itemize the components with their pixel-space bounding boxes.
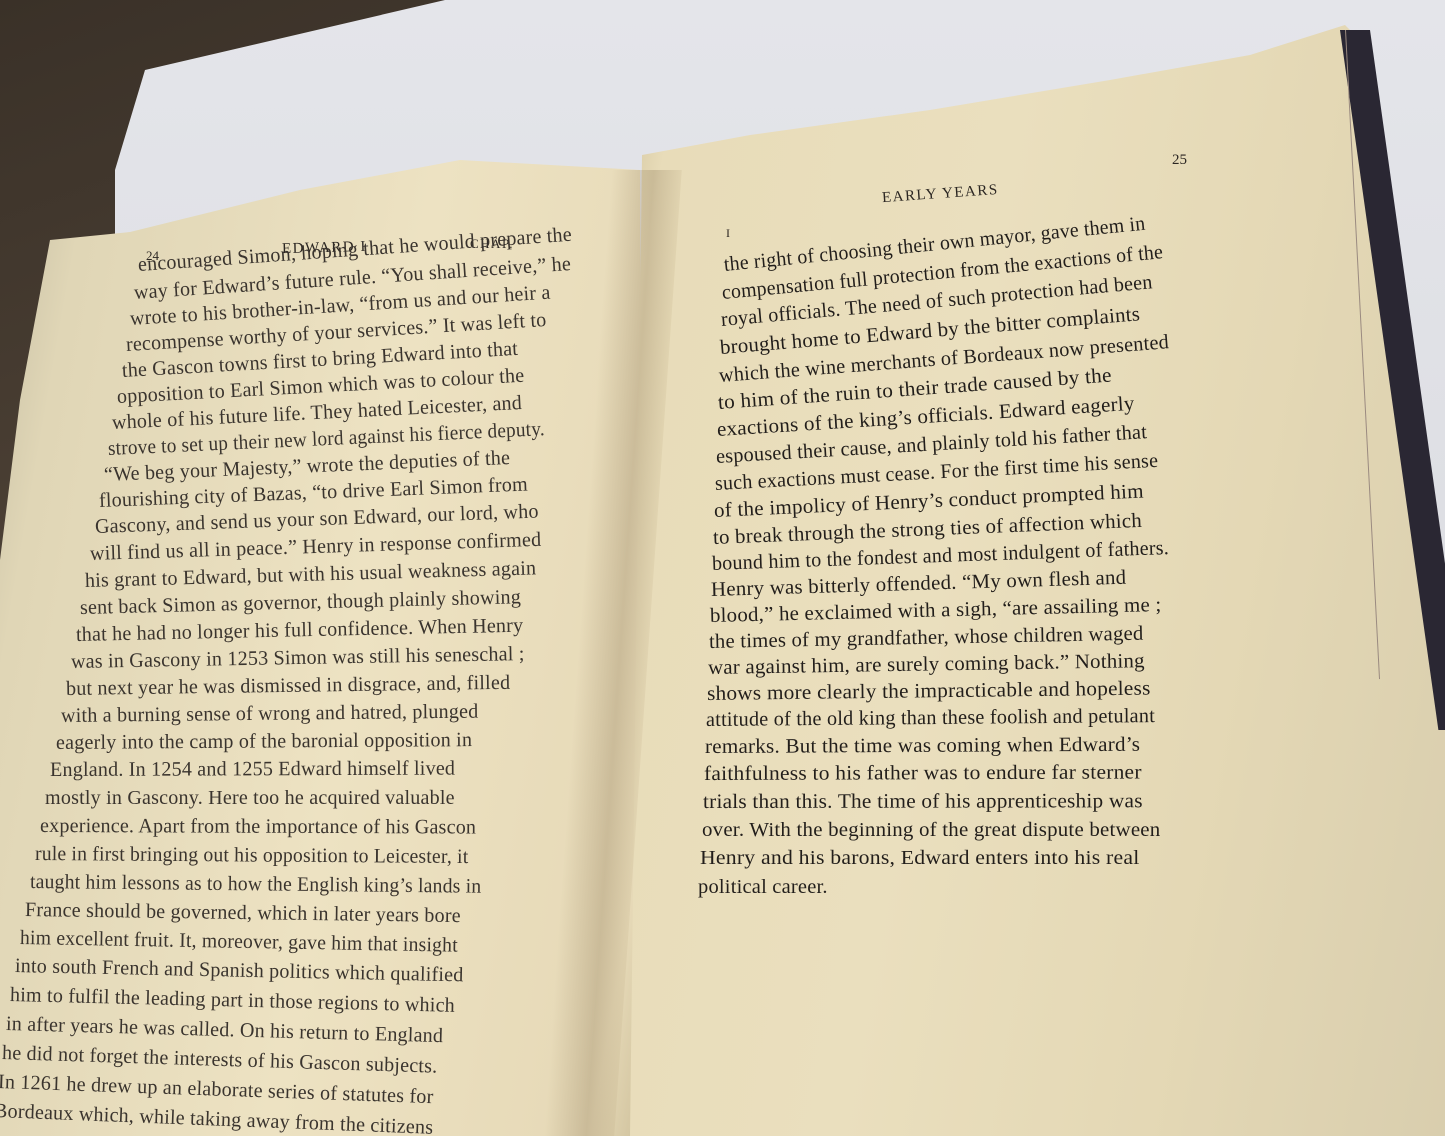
right-page-number: 25 [1172, 152, 1187, 169]
right-chapter-label: I [726, 226, 732, 241]
left-line: him to fulfil the leading part in those … [10, 984, 456, 1018]
right-line: shows more clearly the impracticable and… [707, 678, 1151, 706]
right-line: remarks. But the time was coming when Ed… [705, 734, 1140, 759]
left-line: but next year he was dismissed in disgra… [66, 672, 511, 701]
right-page-text: 25 EARLY YEARS I the right of choosing t… [640, 0, 1445, 1136]
left-page-text: EDWARD I CHAP. 24 encouraged Simon, hopi… [0, 0, 645, 1136]
right-line: Henry and his barons, Edward enters into… [700, 847, 1139, 870]
left-line: rule in first bringing out his oppositio… [35, 843, 469, 869]
right-line: over. With the beginning of the great di… [702, 819, 1160, 842]
right-line: attitude of the old king than these fool… [706, 705, 1155, 732]
right-line: faithfulness to his father was to endure… [704, 761, 1142, 786]
left-line: that he had no longer his full confidenc… [76, 615, 524, 647]
left-line: experience. Apart from the importance of… [40, 815, 476, 840]
left-line: France should be governed, which in late… [25, 899, 461, 928]
right-line: political career. [698, 876, 828, 899]
left-line: taught him lessons as to how the English… [30, 871, 482, 899]
left-line: mostly in Gascony. Here too he acquired … [45, 787, 455, 810]
right-line: trials than this. The time of his appren… [703, 790, 1143, 814]
left-line: him excellent fruit. It, moreover, gave … [20, 927, 458, 958]
right-running-head: EARLY YEARS [882, 182, 1000, 207]
right-line: the times of my grandfather, whose child… [709, 623, 1144, 654]
left-line: was in Gascony in 1253 Simon was still h… [71, 643, 525, 674]
left-line: in after years he was called. On his ret… [6, 1013, 444, 1048]
left-line: England. In 1254 and 1255 Edward himself… [50, 758, 455, 782]
left-line: eagerly into the camp of the baronial op… [56, 729, 472, 755]
right-line: war against him, are surely coming back.… [708, 650, 1145, 680]
left-line: into south French and Spanish politics w… [15, 955, 464, 987]
left-line: with a burning sense of wrong and hatred… [61, 701, 479, 728]
